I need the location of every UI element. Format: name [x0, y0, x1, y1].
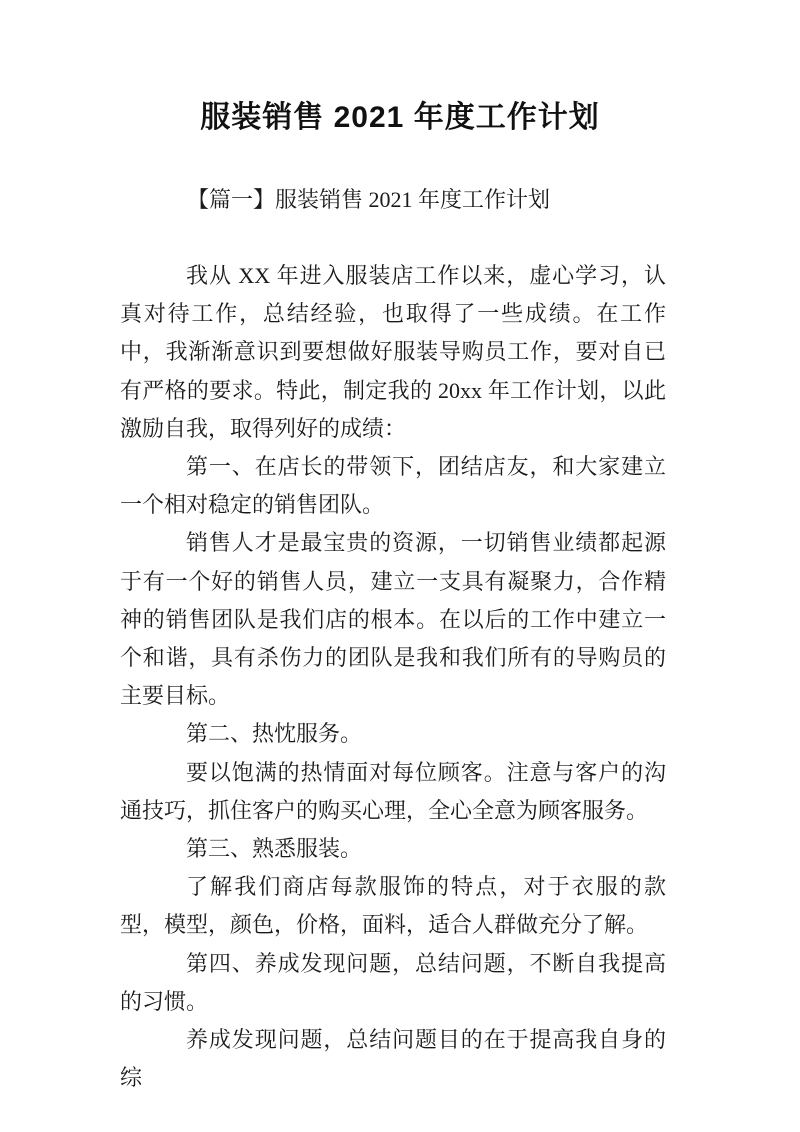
- document-title: 服装销售 2021 年度工作计划: [0, 0, 800, 136]
- document-body: 我从 XX 年进入服装店工作以来，虚心学习，认真对待工作，总结经验，也取得了一些…: [120, 257, 666, 1097]
- paragraph: 第二、热忱服务。: [120, 715, 666, 753]
- document-page: 服装销售 2021 年度工作计划 【篇一】服装销售 2021 年度工作计划 我从…: [0, 0, 800, 1132]
- section-heading: 【篇一】服装销售 2021 年度工作计划: [120, 187, 666, 213]
- paragraph: 第三、熟悉服装。: [120, 830, 666, 868]
- paragraph: 了解我们商店每款服饰的特点，对于衣服的款型，模型，颜色，价格，面料，适合人群做充…: [120, 868, 666, 944]
- paragraph: 销售人才是最宝贵的资源，一切销售业绩都起源于有一个好的销售人员，建立一支具有凝聚…: [120, 524, 666, 715]
- paragraph: 第四、养成发现问题，总结问题，不断自我提高的习惯。: [120, 945, 666, 1021]
- paragraph: 要以饱满的热情面对每位顾客。注意与客户的沟通技巧，抓住客户的购买心理，全心全意为…: [120, 754, 666, 830]
- paragraph: 我从 XX 年进入服装店工作以来，虚心学习，认真对待工作，总结经验，也取得了一些…: [120, 257, 666, 448]
- paragraph: 第一、在店长的带领下，团结店友，和大家建立一个相对稳定的销售团队。: [120, 448, 666, 524]
- paragraph: 养成发现问题，总结问题目的在于提高我自身的综: [120, 1021, 666, 1097]
